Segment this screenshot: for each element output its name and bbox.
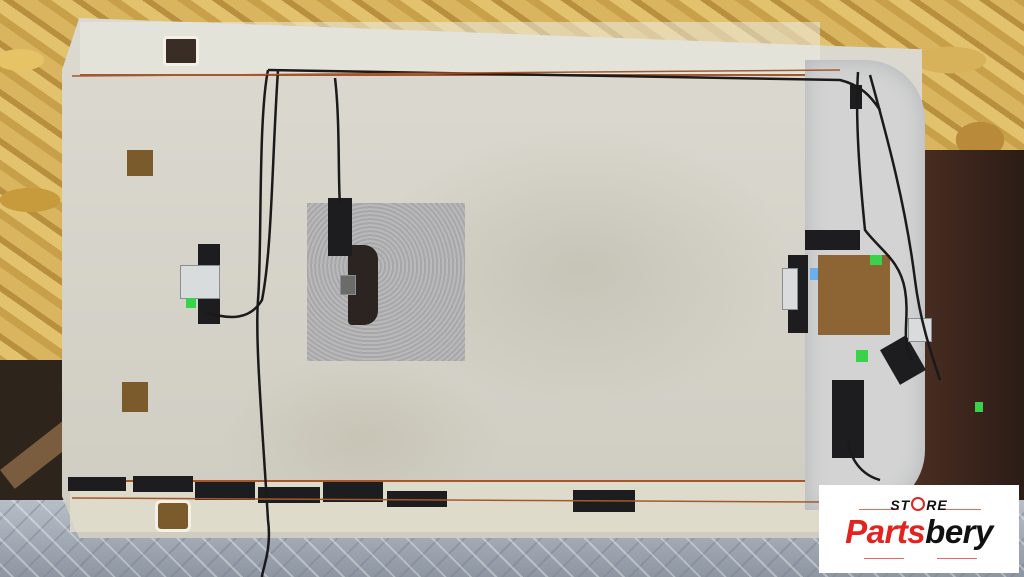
logo-store-suffix: RE [926,497,947,513]
logo-store-text: STRE [819,497,1019,513]
partsbery-store-logo: STRE Partsbery [819,485,1019,573]
logo-brand-red: Parts [845,513,925,550]
logo-store-prefix: ST [890,497,910,513]
logo-brand-text: Partsbery [819,513,1019,551]
logo-brand-black: bery [925,513,993,550]
logo-divider-line [937,558,977,559]
photo-scene: STRE Partsbery [0,0,1024,577]
logo-divider-line [864,558,904,559]
logo-ring-icon [911,497,925,511]
